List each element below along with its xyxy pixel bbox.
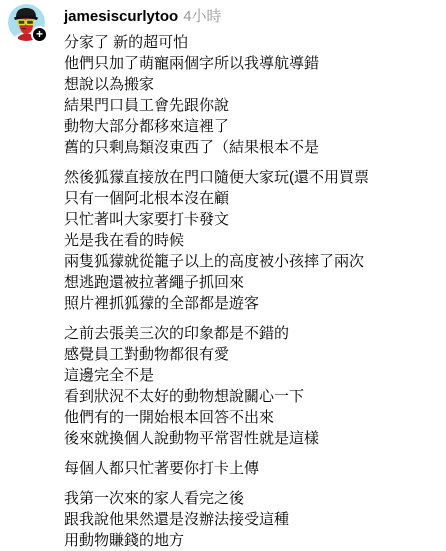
username[interactable]: jamesiscurlytoo xyxy=(64,8,178,25)
comment-line: 然後狐獴直接放在門口隨便大家玩(還不用買票 xyxy=(64,167,438,188)
comment-paragraph: 之前去張美三次的印象都是不錯的 感覺員工對動物都很有愛 這邊完全不是 看到狀況不… xyxy=(64,323,438,449)
comment-line: 照片裡抓狐獴的全部都是遊客 xyxy=(64,293,438,314)
comment-line: 只有一個阿北根本沒在顧 xyxy=(64,188,438,209)
comment-paragraph: 我第一次來的家人看完之後 跟我說他果然還是沒辦法接受這種 用動物賺錢的地方 xyxy=(64,488,438,551)
comment-line: 這邊完全不是 xyxy=(64,365,438,386)
comment-header: jamesiscurlytoo4小時 xyxy=(64,7,438,26)
follow-plus-badge[interactable]: + xyxy=(31,26,48,43)
comment-line: 動物大部分都移來這裡了 xyxy=(64,116,438,137)
comment-line: 想逃跑還被拉著繩子抓回來 xyxy=(64,272,438,293)
comment-line: 舊的只剩鳥類沒東西了（結果根本不是 xyxy=(64,137,438,158)
comment-line: 想說以為搬家 xyxy=(64,74,438,95)
comment-line: 我第一次來的家人看完之後 xyxy=(64,488,438,509)
avatar[interactable]: + xyxy=(8,4,45,41)
comment-paragraph: 每個人都只忙著要你打卡上傳 xyxy=(64,458,438,479)
comment-line: 跟我說他果然還是沒辦法接受這種 xyxy=(64,509,438,530)
comment-line: 之前去張美三次的印象都是不錯的 xyxy=(64,323,438,344)
comment-line: 光是我在看的時候 xyxy=(64,230,438,251)
comment-line: 兩隻狐獴就從籠子以上的高度被小孩摔了兩次 xyxy=(64,251,438,272)
comment-line: 他們有的一開始根本回答不出來 xyxy=(64,407,438,428)
comment-line: 感覺員工對動物都很有愛 xyxy=(64,344,438,365)
comment-paragraph: 分家了 新的超可怕 他們只加了萌寵兩個字所以我導航導錯 想說以為搬家 結果門口員… xyxy=(64,32,438,158)
comment-content: jamesiscurlytoo4小時 分家了 新的超可怕 他們只加了萌寵兩個字所… xyxy=(64,4,438,551)
comment-line: 用動物賺錢的地方 xyxy=(64,530,438,551)
comment-body: 分家了 新的超可怕 他們只加了萌寵兩個字所以我導航導錯 想說以為搬家 結果門口員… xyxy=(64,32,438,551)
comment-line: 每個人都只忙著要你打卡上傳 xyxy=(64,458,438,479)
comment-line: 結果門口員工會先跟你說 xyxy=(64,95,438,116)
comment-page: + jamesiscurlytoo4小時 分家了 新的超可怕 他們只加了萌寵兩個… xyxy=(0,0,446,551)
timestamp: 4小時 xyxy=(183,8,221,25)
comment-post: + jamesiscurlytoo4小時 分家了 新的超可怕 他們只加了萌寵兩個… xyxy=(0,0,446,551)
comment-line: 他們只加了萌寵兩個字所以我導航導錯 xyxy=(64,53,438,74)
comment-paragraph: 然後狐獴直接放在門口隨便大家玩(還不用買票 只有一個阿北根本沒在顧 只忙著叫大家… xyxy=(64,167,438,314)
comment-line: 只忙著叫大家要打卡發文 xyxy=(64,209,438,230)
comment-line: 分家了 新的超可怕 xyxy=(64,32,438,53)
comment-line: 看到狀況不太好的動物想說關心一下 xyxy=(64,386,438,407)
comment-line: 後來就換個人說動物平常習性就是這樣 xyxy=(64,428,438,449)
